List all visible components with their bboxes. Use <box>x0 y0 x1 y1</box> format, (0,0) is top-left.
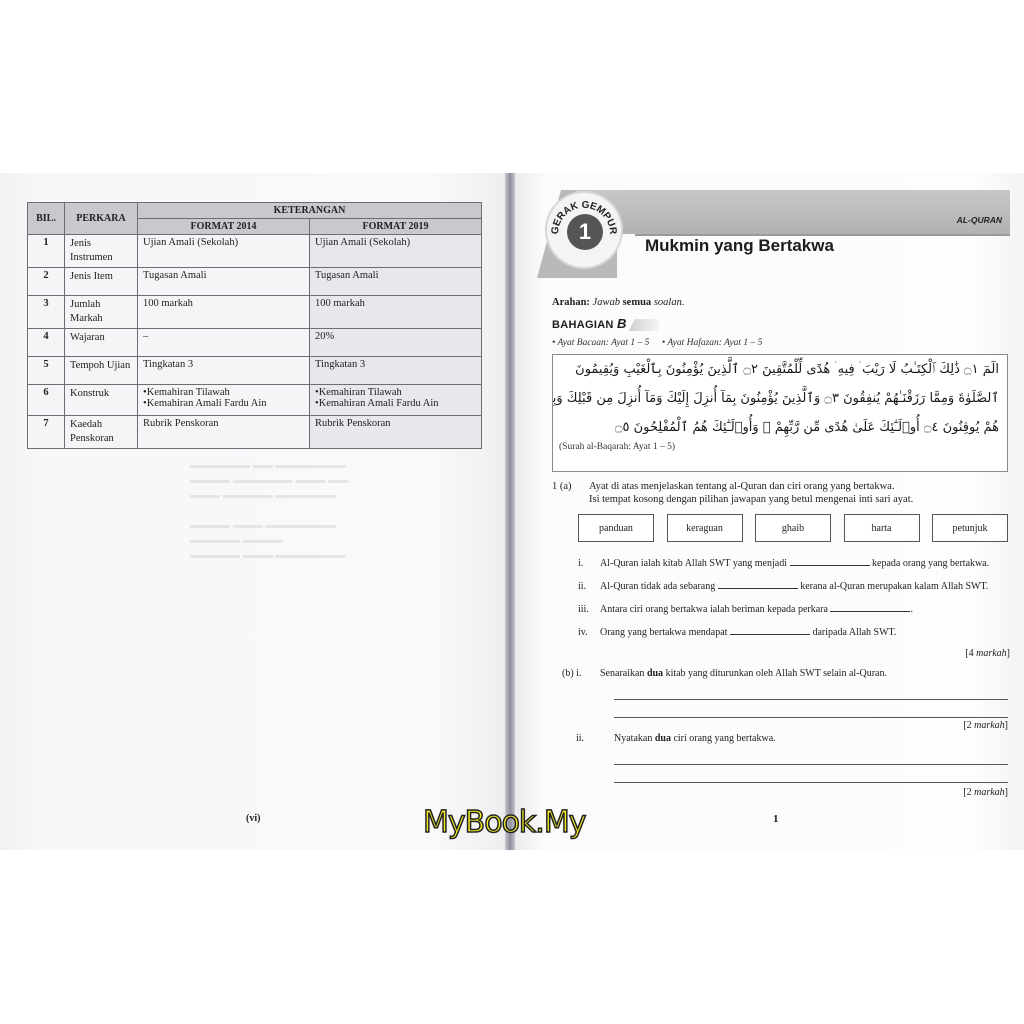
row-number: 3 <box>28 296 65 329</box>
header-perkara: PERKARA <box>65 203 138 235</box>
row-item: Konstruk <box>65 385 138 416</box>
answer-blank[interactable] <box>790 556 870 566</box>
question-text: ciri orang yang bertakwa. <box>673 733 775 744</box>
item-number: iv. <box>578 626 600 640</box>
verse-info: • Ayat Bacaan: Ayat 1 – 5 • Ayat Hafazan… <box>552 338 772 348</box>
question-emphasis: dua <box>655 733 671 744</box>
table-row: 4 Wajaran – 20% <box>28 329 482 357</box>
answer-line[interactable] <box>614 682 1008 700</box>
row-item: Jenis Instrumen <box>65 235 138 268</box>
marks-label: [4 markah] <box>578 648 1010 659</box>
item-number: i. <box>578 557 600 571</box>
chapter-banner <box>558 190 1010 234</box>
list-item: Kemahiran Amali Fardu Ain <box>143 398 304 409</box>
item-number: iii. <box>578 603 600 617</box>
page-number-left: (vi) <box>246 813 260 824</box>
row-item: Tempoh Ujian <box>65 357 138 385</box>
marks-word: markah <box>974 787 1005 798</box>
instructions-emphasis: semua <box>623 297 652 308</box>
question-text: Senaraikan <box>600 668 644 679</box>
chapter-number: 1 <box>567 214 603 250</box>
cell-2014: 100 markah <box>138 296 310 329</box>
question-part: (a) <box>560 481 572 492</box>
list-item: Kemahiran Tilawah <box>315 387 476 398</box>
section-label: BAHAGIAN <box>552 319 614 331</box>
answer-line[interactable] <box>614 765 1008 783</box>
answer-line[interactable] <box>614 700 1008 718</box>
row-number: 5 <box>28 357 65 385</box>
table-row: 2 Jenis Item Tugasan Amali Tugasan Amali <box>28 268 482 296</box>
cell-2019: Tingkatan 3 <box>310 357 482 385</box>
marks-label: [2 markah] <box>562 720 1008 731</box>
item-text: . <box>910 604 913 615</box>
quran-line: هُمْ يُوقِنُونَ ۝٤ أُو۟لَـٰٓئِكَ عَلَىٰ … <box>553 413 1007 442</box>
format-comparison-table: BIL. PERKARA KETERANGAN FORMAT 2014 FORM… <box>27 202 482 449</box>
item-text: daripada Allah SWT. <box>812 627 896 638</box>
cell-2019: 20% <box>310 329 482 357</box>
cell-2019: Kemahiran Tilawah Kemahiran Amali Fardu … <box>310 385 482 416</box>
question-emphasis: dua <box>647 668 663 679</box>
subject-label: AL-QURAN <box>957 215 1002 225</box>
question-1b-i: (b) i.Senaraikan dua kitab yang diturunk… <box>562 668 1008 682</box>
table-row: 3 Jumlah Markah 100 markah 100 markah <box>28 296 482 329</box>
cell-2014: Ujian Amali (Sekolah) <box>138 235 310 268</box>
cell-2014: Tugasan Amali <box>138 268 310 296</box>
marks-word: markah <box>976 648 1007 659</box>
book-spine <box>505 173 515 850</box>
quran-verse-box: الٓمٓ ۝١ ذَٰلِكَ ٱلْكِتَـٰبُ لَا رَيْبَ … <box>552 354 1008 472</box>
fill-item: iii.Antara ciri orang bertakwa ialah ber… <box>578 602 1010 625</box>
question-text: Nyatakan <box>614 733 652 744</box>
instructions-text: soalan. <box>654 297 685 308</box>
list-item: Kemahiran Amali Fardu Ain <box>315 398 476 409</box>
marks-bracket: ] <box>1007 648 1010 659</box>
question-part: (b) <box>562 668 574 679</box>
section-heading: BAHAGIAN B <box>552 316 659 331</box>
item-text: Antara ciri orang bertakwa ialah beriman… <box>600 604 828 615</box>
page-number-right: 1 <box>773 813 779 825</box>
chapter-badge: GERAK GEMPUR 1 <box>545 191 623 269</box>
table-row: 6 Konstruk Kemahiran Tilawah Kemahiran A… <box>28 385 482 416</box>
book-spread: ▬▬▬▬ ▬▬▬▬▬▬ ▬▬▬▬▬▬ ▬▬▬▬ ▬▬▬▬▬▬▬▬▬▬▬▬ ▬▬ … <box>0 173 1024 850</box>
cell-2019: Ujian Amali (Sekolah) <box>310 235 482 268</box>
section-heading-tail <box>629 319 659 331</box>
fill-item: iv.Orang yang bertakwa mendapat daripada… <box>578 625 1010 648</box>
table-row: 7 Kaedah Penskoran Rubrik Penskoran Rubr… <box>28 416 482 449</box>
watermark: MyBook.My <box>423 805 585 840</box>
marks-word: markah <box>974 720 1005 731</box>
row-item: Jenis Item <box>65 268 138 296</box>
cell-2019: Rubrik Penskoran <box>310 416 482 449</box>
row-item: Jumlah Markah <box>65 296 138 329</box>
marks-bracket: ] <box>1005 720 1008 731</box>
recitation-verses: • Ayat Bacaan: Ayat 1 – 5 <box>552 338 649 348</box>
item-text: Al-Quran ialah kitab Allah SWT yang menj… <box>600 558 787 569</box>
cell-2014: Rubrik Penskoran <box>138 416 310 449</box>
row-number: 6 <box>28 385 65 416</box>
item-number: i. <box>576 668 581 679</box>
instructions-label: Arahan: <box>552 297 590 308</box>
marks-number: [2 <box>963 787 971 798</box>
marks-number: [2 <box>963 720 971 731</box>
cell-2019: 100 markah <box>310 296 482 329</box>
instructions: Arahan: Jawab semua soalan. <box>552 297 684 308</box>
choice-keraguan: keraguan <box>667 514 743 542</box>
cell-2019: Tugasan Amali <box>310 268 482 296</box>
header-bil: BIL. <box>28 203 65 235</box>
question-instruction: Isi tempat kosong dengan pilihan jawapan… <box>552 493 913 506</box>
cell-2014: – <box>138 329 310 357</box>
left-page: ▬▬▬▬ ▬▬▬▬▬▬ ▬▬▬▬▬▬ ▬▬▬▬ ▬▬▬▬▬▬▬▬▬▬▬▬ ▬▬ … <box>0 173 507 850</box>
quran-line: ٱلصَّلَوٰةَ وَمِمَّا رَزَقْنَـٰهُمْ يُنف… <box>553 384 1007 413</box>
header-format-2014: FORMAT 2014 <box>138 219 310 235</box>
table-row: 5 Tempoh Ujian Tingkatan 3 Tingkatan 3 <box>28 357 482 385</box>
item-number: ii. <box>578 580 600 594</box>
answer-blank[interactable] <box>830 602 910 612</box>
question-text: kitab yang diturunkan oleh Allah SWT sel… <box>666 668 887 679</box>
chapter-title: Mukmin yang Bertakwa <box>645 236 834 256</box>
fill-in-items: i.Al-Quran ialah kitab Allah SWT yang me… <box>578 556 1010 659</box>
question-text: Ayat di atas menjelaskan tentang al-Qura… <box>589 481 894 492</box>
item-text: Orang yang bertakwa mendapat <box>600 627 727 638</box>
marks-label: [2 markah] <box>562 787 1008 798</box>
list-item: Kemahiran Tilawah <box>143 387 304 398</box>
table-row: 1 Jenis Instrumen Ujian Amali (Sekolah) … <box>28 235 482 268</box>
question-1b: (b) i.Senaraikan dua kitab yang diturunk… <box>562 668 1008 798</box>
item-text: kepada orang yang bertakwa. <box>872 558 989 569</box>
row-number: 1 <box>28 235 65 268</box>
fill-item: ii.Al-Quran tidak ada sebarang kerana al… <box>578 579 1010 602</box>
answer-blank[interactable] <box>730 625 810 635</box>
memorization-verses: • Ayat Hafazan: Ayat 1 – 5 <box>662 338 763 348</box>
section-letter: B <box>617 316 627 331</box>
row-number: 2 <box>28 268 65 296</box>
choice-petunjuk: petunjuk <box>932 514 1008 542</box>
marks-bracket: ] <box>1005 787 1008 798</box>
right-page: AL-QURAN GERAK GEMPUR 1 Mukmin yang Bert… <box>515 173 1024 850</box>
row-item: Kaedah Penskoran <box>65 416 138 449</box>
header-keterangan: KETERANGAN <box>138 203 482 219</box>
choice-panduan: panduan <box>578 514 654 542</box>
item-text: Al-Quran tidak ada sebarang <box>600 581 715 592</box>
quran-line: الٓمٓ ۝١ ذَٰلِكَ ٱلْكِتَـٰبُ لَا رَيْبَ … <box>553 355 1007 384</box>
header-format-2019: FORMAT 2019 <box>310 219 482 235</box>
fill-item: i.Al-Quran ialah kitab Allah SWT yang me… <box>578 556 1010 579</box>
item-text: kerana al-Quran merupakan kalam Allah SW… <box>800 581 988 592</box>
row-number: 7 <box>28 416 65 449</box>
question-number: 1 <box>552 481 557 492</box>
answer-blank[interactable] <box>718 579 798 589</box>
question-1b-ii: ii.Nyatakan dua ciri orang yang bertakwa… <box>562 733 1008 747</box>
cell-2014: Kemahiran Tilawah Kemahiran Amali Fardu … <box>138 385 310 416</box>
marks-number: [4 <box>965 648 973 659</box>
cell-2014: Tingkatan 3 <box>138 357 310 385</box>
choice-harta: harta <box>844 514 920 542</box>
instructions-text: Jawab <box>593 297 620 308</box>
answer-choices: panduan keraguan ghaib harta petunjuk <box>578 514 1008 542</box>
item-number: ii. <box>576 733 614 744</box>
row-number: 4 <box>28 329 65 357</box>
surah-reference: (Surah al-Baqarah: Ayat 1 – 5) <box>553 442 1007 452</box>
choice-ghaib: ghaib <box>755 514 831 542</box>
question-1a: 1 (a)Ayat di atas menjelaskan tentang al… <box>552 480 913 506</box>
row-item: Wajaran <box>65 329 138 357</box>
answer-line[interactable] <box>614 747 1008 765</box>
